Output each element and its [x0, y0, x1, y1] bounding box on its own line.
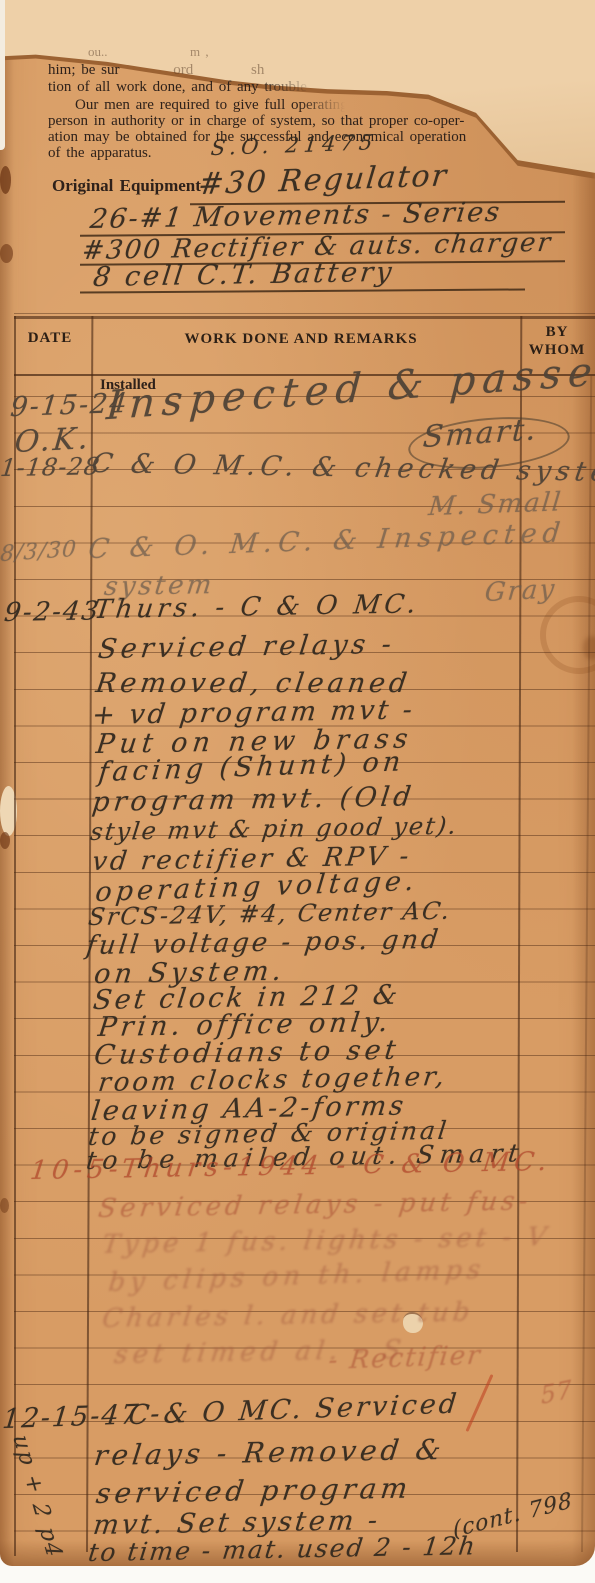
handwriting-line: Removed, cleaned [94, 670, 412, 697]
signature: Gray [484, 576, 558, 606]
handwriting-line: program mvt. (Old [91, 783, 417, 816]
entry-date: 8/3/30 [0, 539, 78, 567]
intro-text: him; be sur [48, 62, 120, 78]
entry-date: 1-18-28 [0, 454, 102, 480]
print-fragment: m , [190, 44, 209, 60]
table-top-line [14, 316, 595, 319]
col-header-bywhom-line1: BY [516, 324, 595, 341]
intro-line: of the apparatus. [48, 145, 152, 162]
print-fragment: ou.. [88, 44, 108, 60]
equipment-entry: 26-#1 Movements - Series [89, 199, 503, 233]
equipment-label: Original Equipment [52, 176, 201, 196]
handwriting-line: style mvt & pin good yet). [89, 814, 459, 844]
table-top-line [14, 313, 595, 314]
handwriting-line: Type 1 fus. lights - set - V [101, 1224, 552, 1258]
paper-card: ou.. m , him; be sur ord sh tion of all … [0, 0, 595, 1566]
handwriting-line: Serviced relays - put fus- [97, 1188, 533, 1222]
intro-text-faded: ord [173, 62, 193, 78]
handwriting-line: full voltage - pos. gnd [85, 927, 443, 959]
handwriting-line: Serviced relays - [97, 631, 397, 663]
edge-chip [0, 832, 10, 849]
signature: Smart. [422, 415, 539, 453]
intro-line: tion of all work done, and of any troubl… [48, 79, 318, 96]
edge-sliver [0, 0, 5, 150]
handwriting-line: relays - Removed & [93, 1436, 447, 1470]
handwriting-line: Thurs. - C & O MC. [93, 591, 421, 623]
signature: M. Small [427, 489, 563, 520]
handwriting-line: - Rectifier [327, 1343, 483, 1374]
edge-chip [0, 166, 11, 194]
equipment-entry: 8 cell C.T. Battery [92, 259, 396, 291]
scanned-log-card: ou.. m , him; be sur ord sh tion of all … [0, 0, 595, 1583]
handwriting-line: to time - mat. used 2 - 12h [87, 1533, 478, 1565]
entry-date: 9-2-43 [3, 598, 102, 626]
intro-line: him; be sur ord sh [48, 62, 264, 79]
handwriting-line: Charles l. and set tub [101, 1300, 475, 1333]
service-order-note: S.O. 21475 [210, 132, 379, 159]
col-header-date: DATE [14, 330, 86, 347]
handwriting-line: serviced program [95, 1475, 413, 1509]
intro-line: Our men are required to give full operat… [75, 97, 348, 114]
handwriting-line: SrCS-24V, #4, Center AC. [87, 899, 453, 929]
col-header-work: WORK DONE AND REMARKS [86, 331, 516, 348]
edge-chip [0, 1198, 9, 1213]
equipment-entry: #30 Regulator [197, 161, 450, 200]
intro-text-faded: sh [251, 62, 264, 78]
edge-chip [0, 244, 13, 263]
margin-mark: 57 [540, 1377, 574, 1408]
table-left-border [14, 316, 16, 1556]
intro-line: person in authority or in charge of syst… [48, 113, 464, 130]
